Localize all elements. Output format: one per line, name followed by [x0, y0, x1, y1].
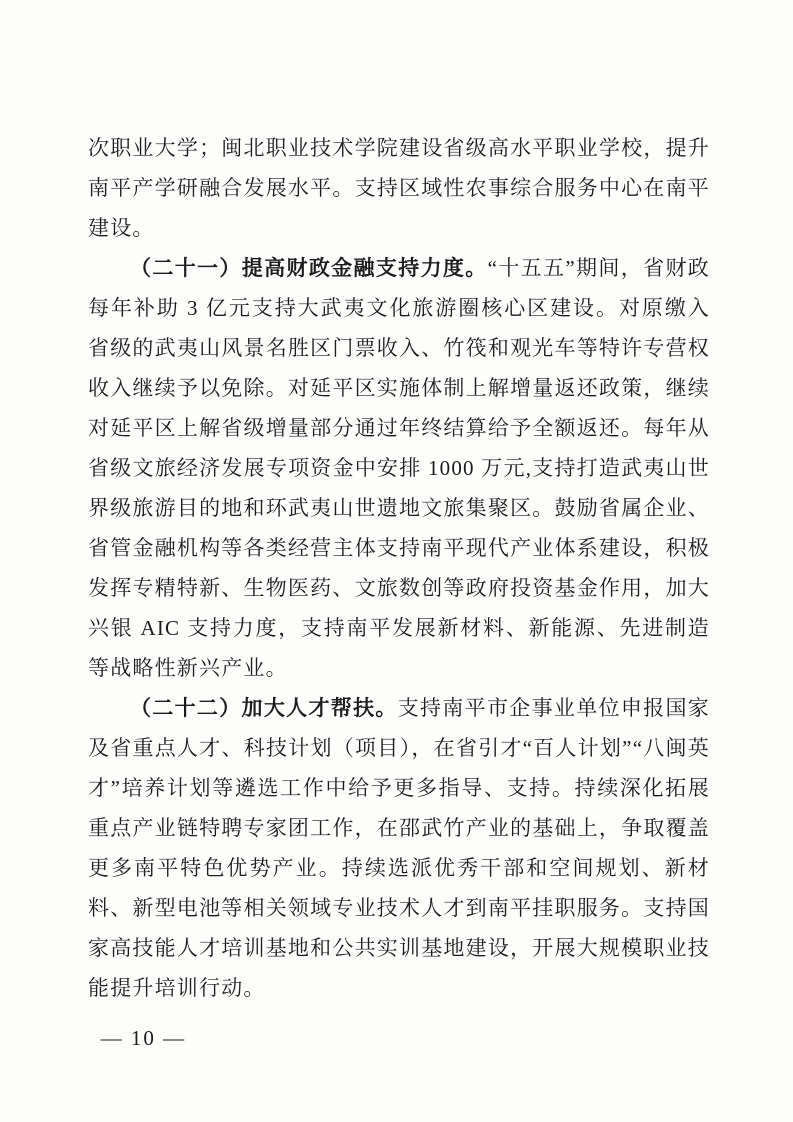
paragraph-text: 次职业大学；闽北职业技术学院建设省级高水平职业学校，提升南平产学研融合发展水平。… [88, 136, 710, 240]
document-body: 次职业大学；闽北职业技术学院建设省级高水平职业学校，提升南平产学研融合发展水平。… [88, 128, 710, 1008]
paragraph-continuation: 次职业大学；闽北职业技术学院建设省级高水平职业学校，提升南平产学研融合发展水平。… [88, 128, 710, 248]
paragraph-item-21: （二十一）提高财政金融支持力度。“十五五”期间，省财政每年补助 3 亿元支持大武… [88, 248, 710, 688]
paragraph-text: “十五五”期间，省财政每年补助 3 亿元支持大武夷文化旅游圈核心区建设。对原缴入… [88, 256, 710, 680]
paragraph-item-22: （二十二）加大人才帮扶。支持南平市企事业单位申报国家及省重点人才、科技计划（项目… [88, 688, 710, 1008]
paragraph-text: 支持南平市企事业单位申报国家及省重点人才、科技计划（项目），在省引才“百人计划”… [88, 696, 710, 1000]
page-number: — 10 — [88, 1018, 186, 1058]
paragraph-heading: （二十二）加大人才帮扶。 [130, 696, 398, 720]
document-page: 次职业大学；闽北职业技术学院建设省级高水平职业学校，提升南平产学研融合发展水平。… [0, 0, 793, 1122]
paragraph-heading: （二十一）提高财政金融支持力度。 [130, 256, 488, 280]
